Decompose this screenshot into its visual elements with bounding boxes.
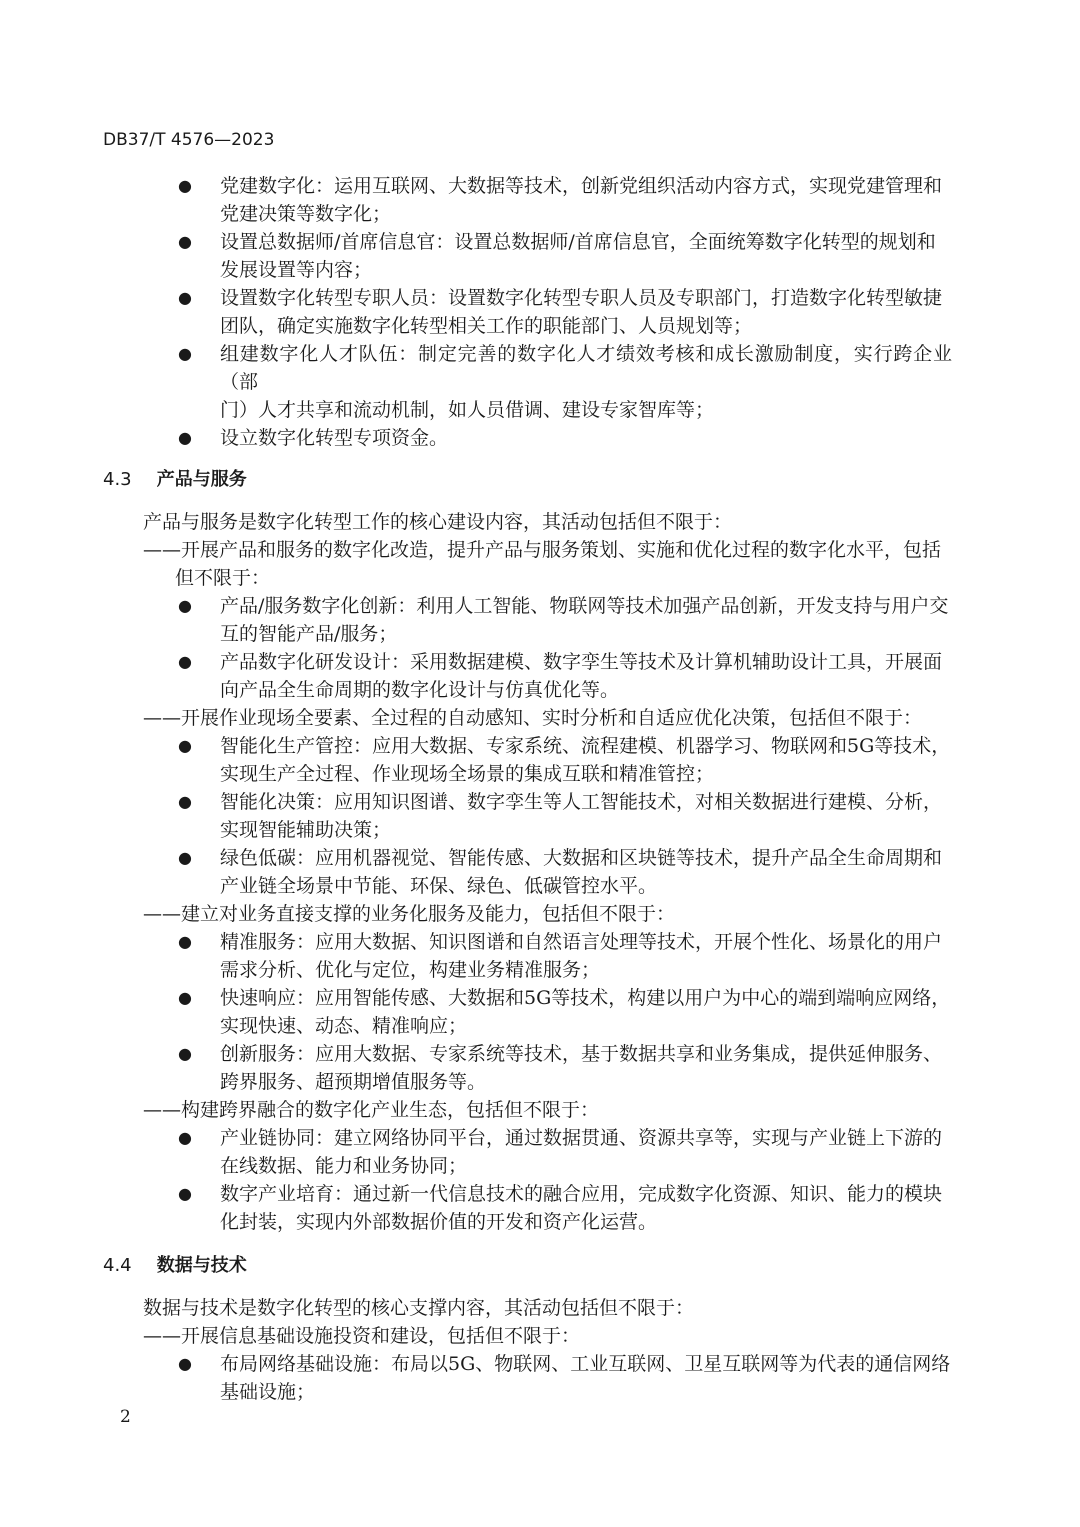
list-item: ● 创新服务：应用大数据、专家系统等技术，基于数据共享和业务集成，提供延伸服务、… bbox=[0, 1040, 952, 1096]
dash-item-line: ——开展作业现场全要素、全过程的自动感知、实时分析和自适应优化决策，包括但不限于… bbox=[143, 704, 943, 732]
bullet-icon: ● bbox=[178, 648, 192, 676]
dash-item-line: ——构建跨界融合的数字化产业生态，包括但不限于： bbox=[143, 1096, 943, 1124]
list-item-line: 化封装，实现内外部数据价值的开发和资产化运营。 bbox=[220, 1208, 952, 1236]
dash-item: ——开展信息基础设施投资和建设，包括但不限于： bbox=[0, 1322, 943, 1350]
bullet-icon: ● bbox=[178, 172, 192, 200]
list-item-line: 在线数据、能力和业务协同； bbox=[220, 1152, 952, 1180]
bullet-icon: ● bbox=[178, 1124, 192, 1152]
bullet-icon: ● bbox=[178, 592, 192, 620]
bullet-icon: ● bbox=[178, 788, 192, 816]
section-title: 数据与技术 bbox=[157, 1255, 247, 1276]
list-item-line: 创新服务：应用大数据、专家系统等技术，基于数据共享和业务集成，提供延伸服务、 bbox=[220, 1040, 952, 1068]
list-item: ● 党建数字化：运用互联网、大数据等技术，创新党组织活动内容方式，实现党建管理和… bbox=[0, 172, 952, 228]
list-item: ● 快速响应：应用智能传感、大数据和5G等技术，构建以用户为中心的端到端响应网络… bbox=[0, 984, 952, 1040]
dash-item-line: ——建立对业务直接支撑的业务化服务及能力，包括但不限于： bbox=[143, 900, 943, 928]
list-item-line: 实现快速、动态、精准响应； bbox=[220, 1012, 952, 1040]
list-item: ● 绿色低碳：应用机器视觉、智能传感、大数据和区块链等技术，提升产品全生命周期和… bbox=[0, 844, 952, 900]
dash-item: ——构建跨界融合的数字化产业生态，包括但不限于： bbox=[0, 1096, 943, 1124]
list-item-line: 实现生产全过程、作业现场全场景的集成互联和精准管控； bbox=[220, 760, 952, 788]
dash-item-line: ——开展信息基础设施投资和建设，包括但不限于： bbox=[143, 1322, 943, 1350]
list-item-line: 发展设置等内容； bbox=[220, 256, 952, 284]
list-item-line: 智能化决策：应用知识图谱、数字孪生等人工智能技术，对相关数据进行建模、分析， bbox=[220, 788, 952, 816]
list-item: ● 设置数字化转型专职人员：设置数字化转型专职人员及专职部门，打造数字化转型敏捷… bbox=[0, 284, 952, 340]
bullet-icon: ● bbox=[178, 732, 192, 760]
list-item: ● 智能化生产管控：应用大数据、专家系统、流程建模、机器学习、物联网和5G等技术… bbox=[0, 732, 952, 788]
page-number: 2 bbox=[120, 1407, 131, 1427]
intro-bullet-list: ● 党建数字化：运用互联网、大数据等技术，创新党组织活动内容方式，实现党建管理和… bbox=[0, 172, 1080, 452]
list-item: ● 组建数字化人才队伍：制定完善的数字化人才绩效考核和成长激励制度，实行跨企业（… bbox=[0, 340, 952, 424]
list-item-line: 设立数字化转型专项资金。 bbox=[220, 424, 952, 452]
list-item-line: 产业链协同：建立网络协同平台，通过数据贯通、资源共享等，实现与产业链上下游的 bbox=[220, 1124, 952, 1152]
dash-item-continuation: 但不限于： bbox=[0, 564, 1080, 592]
list-item-line: 产品/服务数字化创新：利用人工智能、物联网等技术加强产品创新，开发支持与用户交 bbox=[220, 592, 952, 620]
section-number: 4.4 bbox=[103, 1252, 151, 1280]
dash-item: ——开展作业现场全要素、全过程的自动感知、实时分析和自适应优化决策，包括但不限于… bbox=[0, 704, 943, 732]
section-heading-4-3: 4.3 产品与服务 bbox=[0, 466, 1080, 494]
list-item-line: 绿色低碳：应用机器视觉、智能传感、大数据和区块链等技术，提升产品全生命周期和 bbox=[220, 844, 952, 872]
list-item-line: 党建决策等数字化； bbox=[220, 200, 952, 228]
section-intro: 数据与技术是数字化转型的核心支撑内容，其活动包括但不限于： bbox=[0, 1294, 1080, 1322]
dash-item: ——建立对业务直接支撑的业务化服务及能力，包括但不限于： bbox=[0, 900, 943, 928]
list-item: ● 产品数字化研发设计：采用数据建模、数字孪生等技术及计算机辅助设计工具，开展面… bbox=[0, 648, 952, 704]
list-item-line: 向产品全生命周期的数字化设计与仿真优化等。 bbox=[220, 676, 952, 704]
list-item: ● 产业链协同：建立网络协同平台，通过数据贯通、资源共享等，实现与产业链上下游的… bbox=[0, 1124, 952, 1180]
list-item-line: 跨界服务、超预期增值服务等。 bbox=[220, 1068, 952, 1096]
bullet-icon: ● bbox=[178, 1350, 192, 1378]
dash-item: ——开展产品和服务的数字化改造，提升产品与服务策划、实施和优化过程的数字化水平，… bbox=[0, 536, 943, 564]
bullet-icon: ● bbox=[178, 424, 192, 452]
list-item-line: 智能化生产管控：应用大数据、专家系统、流程建模、机器学习、物联网和5G等技术， bbox=[220, 732, 952, 760]
list-item-line: 党建数字化：运用互联网、大数据等技术，创新党组织活动内容方式，实现党建管理和 bbox=[220, 172, 952, 200]
bullet-icon: ● bbox=[178, 984, 192, 1012]
list-item: ● 布局网络基础设施：布局以5G、物联网、工业互联网、卫星互联网等为代表的通信网… bbox=[0, 1350, 952, 1406]
bullet-icon: ● bbox=[178, 928, 192, 956]
list-item-line: 基础设施； bbox=[220, 1378, 952, 1406]
list-item: ● 设置总数据师/首席信息官：设置总数据师/首席信息官，全面统筹数字化转型的规划… bbox=[0, 228, 952, 284]
section-number: 4.3 bbox=[103, 466, 151, 494]
list-item-line: 实现智能辅助决策； bbox=[220, 816, 952, 844]
list-item-line: 团队，确定实施数字化转型相关工作的职能部门、人员规划等； bbox=[220, 312, 952, 340]
list-item: ● 数字产业培育：通过新一代信息技术的融合应用，完成数字化资源、知识、能力的模块… bbox=[0, 1180, 952, 1236]
bullet-icon: ● bbox=[178, 1180, 192, 1208]
list-item-line: 设置总数据师/首席信息官：设置总数据师/首席信息官，全面统筹数字化转型的规划和 bbox=[220, 228, 952, 256]
section-title: 产品与服务 bbox=[157, 469, 247, 490]
document-code-header: DB37/T 4576—2023 bbox=[103, 130, 274, 150]
list-item: ● 产品/服务数字化创新：利用人工智能、物联网等技术加强产品创新，开发支持与用户… bbox=[0, 592, 952, 648]
list-item-line: 产品数字化研发设计：采用数据建模、数字孪生等技术及计算机辅助设计工具，开展面 bbox=[220, 648, 952, 676]
page-content: ● 党建数字化：运用互联网、大数据等技术，创新党组织活动内容方式，实现党建管理和… bbox=[0, 172, 1080, 1406]
list-item-line: 门）人才共享和流动机制，如人员借调、建设专家智库等； bbox=[220, 396, 952, 424]
list-item-line: 组建数字化人才队伍：制定完善的数字化人才绩效考核和成长激励制度，实行跨企业（部 bbox=[220, 340, 952, 396]
section-heading-4-4: 4.4 数据与技术 bbox=[0, 1252, 1080, 1280]
list-item-line: 产业链全场景中节能、环保、绿色、低碳管控水平。 bbox=[220, 872, 952, 900]
section-intro: 产品与服务是数字化转型工作的核心建设内容，其活动包括但不限于： bbox=[0, 508, 1080, 536]
bullet-icon: ● bbox=[178, 844, 192, 872]
dash-item-line: ——开展产品和服务的数字化改造，提升产品与服务策划、实施和优化过程的数字化水平，… bbox=[143, 536, 943, 564]
bullet-icon: ● bbox=[178, 1040, 192, 1068]
bullet-icon: ● bbox=[178, 340, 192, 368]
list-item-line: 数字产业培育：通过新一代信息技术的融合应用，完成数字化资源、知识、能力的模块 bbox=[220, 1180, 952, 1208]
list-item: ● 智能化决策：应用知识图谱、数字孪生等人工智能技术，对相关数据进行建模、分析，… bbox=[0, 788, 952, 844]
list-item: ● 设立数字化转型专项资金。 bbox=[0, 424, 952, 452]
list-item: ● 精准服务：应用大数据、知识图谱和自然语言处理等技术，开展个性化、场景化的用户… bbox=[0, 928, 952, 984]
list-item-line: 需求分析、优化与定位，构建业务精准服务； bbox=[220, 956, 952, 984]
list-item-line: 互的智能产品/服务； bbox=[220, 620, 952, 648]
list-item-line: 快速响应：应用智能传感、大数据和5G等技术，构建以用户为中心的端到端响应网络， bbox=[220, 984, 952, 1012]
list-item-line: 布局网络基础设施：布局以5G、物联网、工业互联网、卫星互联网等为代表的通信网络 bbox=[220, 1350, 952, 1378]
list-item-line: 精准服务：应用大数据、知识图谱和自然语言处理等技术，开展个性化、场景化的用户 bbox=[220, 928, 952, 956]
bullet-icon: ● bbox=[178, 284, 192, 312]
bullet-icon: ● bbox=[178, 228, 192, 256]
list-item-line: 设置数字化转型专职人员：设置数字化转型专职人员及专职部门，打造数字化转型敏捷 bbox=[220, 284, 952, 312]
